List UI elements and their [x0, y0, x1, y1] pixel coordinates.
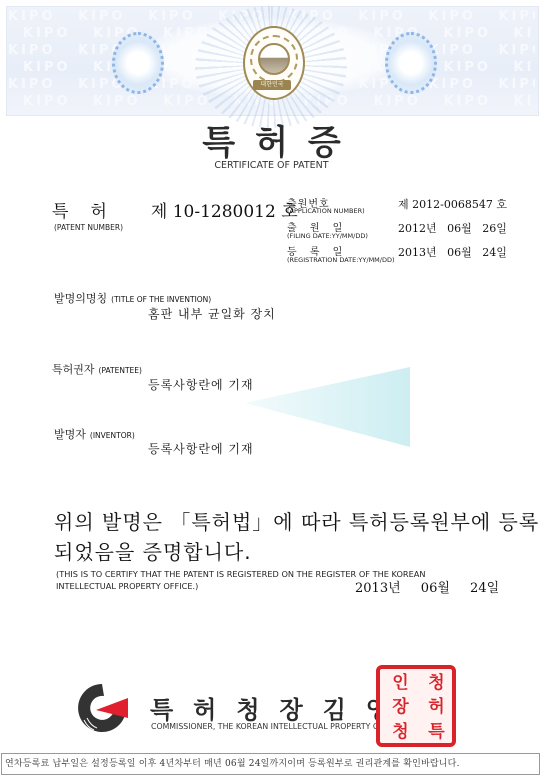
patentee-label: 특허권자(PATENTEE) [52, 361, 142, 377]
patent-number: 특허제 10-1280012 호 [52, 197, 298, 222]
patentee-label-en: (PATENTEE) [99, 366, 142, 375]
filing-date-label-en: (FILING DATE:YY/MM/DD) [287, 232, 368, 240]
registration-date-value: 2013년 06월 24일 [398, 244, 507, 260]
patent-number-value: 10-1280012 [173, 202, 276, 222]
left-rosette-ornament [112, 32, 164, 94]
registration-date-label-en: (REGISTRATION DATE:YY/MM/DD) [287, 256, 395, 264]
inventor-label-kr: 발명자 [54, 428, 86, 441]
certificate-title-en: CERTIFICATE OF PATENT [0, 160, 543, 171]
filing-year: 2012년 [398, 222, 437, 235]
certificate-title: 특허증 [0, 115, 543, 164]
patentee-value: 등록사항란에 기재 [148, 376, 254, 393]
inventor-label: 발명자(INVENTOR) [54, 426, 135, 442]
certification-line-1: 위의 발명은 「특허법」에 따라 특허등록원부에 등록 [54, 507, 539, 537]
certification-line-2: 되었음을 증명합니다. [54, 537, 539, 567]
invention-title-label-en: (TITLE OF THE INVENTION) [111, 295, 211, 304]
taegeuk-icon [258, 43, 290, 75]
patent-number-prefix: 제 [151, 202, 167, 222]
registration-month: 06월 [447, 246, 472, 259]
filing-day: 26일 [482, 222, 507, 235]
annual-fee-notice: 연차등록료 납부일은 설정등록일 이후 4년차부터 매년 06월 24일까지이며… [1, 753, 540, 775]
certification-statement-kr: 위의 발명은 「특허법」에 따라 특허등록원부에 등록 되었음을 증명합니다. [54, 507, 539, 567]
right-rosette-ornament [385, 32, 437, 94]
filing-month: 06월 [447, 222, 472, 235]
emblem-banner: 대한민국 [253, 80, 291, 90]
inventor-value: 등록사항란에 기재 [148, 440, 254, 457]
official-seal-icon: 청허특 인장청 [376, 665, 456, 747]
application-number-value: 제 2012-0068547 호 [398, 196, 507, 212]
issue-month: 06월 [421, 581, 450, 596]
filing-date-value: 2012년 06월 26일 [398, 220, 507, 236]
patent-label-char-2: 허 [90, 202, 106, 222]
application-number-label-en: (APPLICATION NUMBER) [287, 207, 365, 215]
decorative-triangle [245, 367, 410, 447]
patentee-label-kr: 특허권자 [52, 363, 95, 376]
issue-day: 24일 [470, 581, 499, 596]
national-emblem-icon: 대한민국 [243, 26, 305, 100]
patent-number-label-en: (PATENT NUMBER) [54, 223, 123, 232]
inventor-label-en: (INVENTOR) [90, 431, 135, 440]
invention-title-label-kr: 발명의명칭 [54, 292, 107, 305]
invention-title-value: 홈판 내부 균일화 장치 [148, 305, 276, 322]
issue-year: 2013년 [355, 581, 401, 596]
invention-title-label: 발명의명칭(TITLE OF THE INVENTION) [54, 290, 211, 306]
issue-date: 2013년 06월 24일 [355, 577, 515, 596]
registration-day: 24일 [482, 246, 507, 259]
registration-year: 2013년 [398, 246, 437, 259]
commissioner-title-en: COMMISSIONER, THE KOREAN INTELLECTUAL PR… [151, 722, 401, 731]
patent-label-char-1: 특 [52, 202, 68, 222]
kipo-logo-icon [74, 680, 130, 736]
